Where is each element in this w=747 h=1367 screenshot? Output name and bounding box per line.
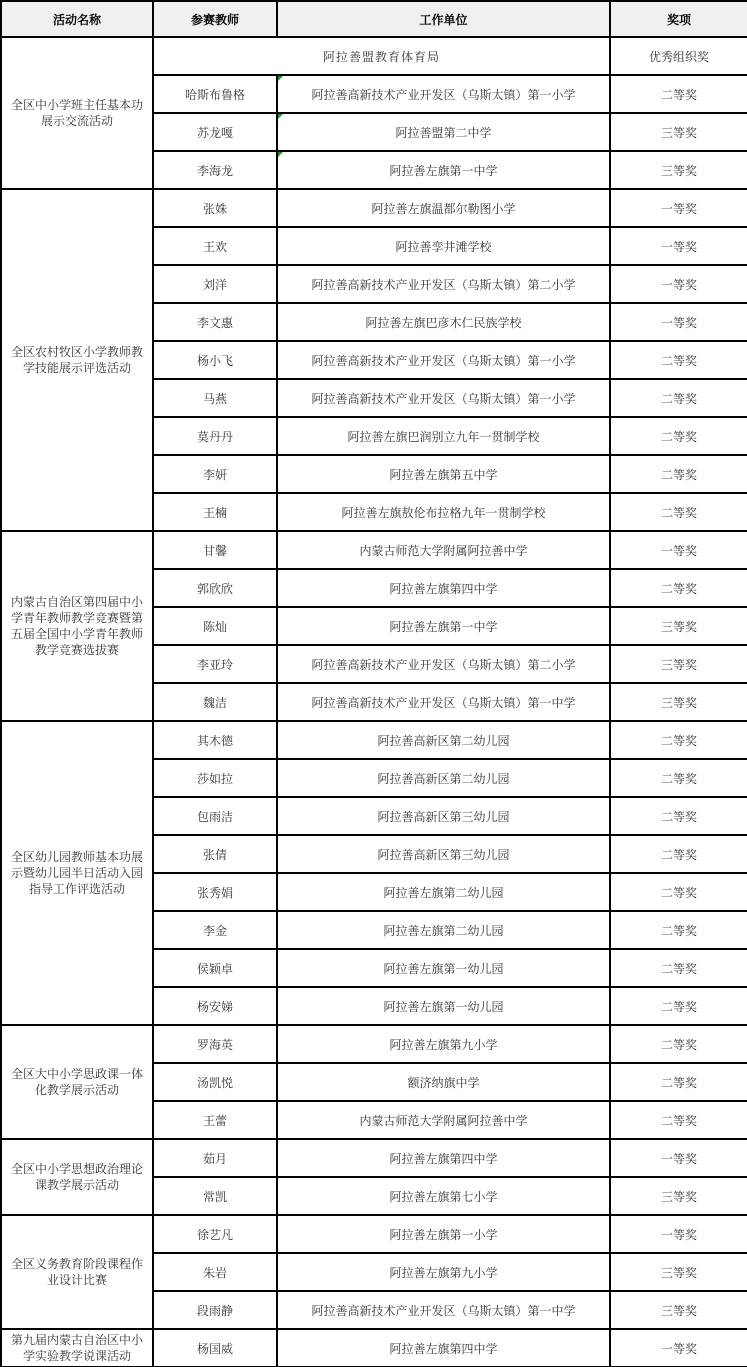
award-cell: 二等奖 (610, 417, 747, 455)
header-row: 活动名称 参赛教师 工作单位 奖项 (1, 1, 747, 37)
award-cell: 二等奖 (610, 455, 747, 493)
unit-text: 阿拉善左旗巴润别立九年一贯制学校 (347, 430, 539, 444)
award-cell: 二等奖 (610, 835, 747, 873)
header-teacher: 参赛教师 (153, 1, 277, 37)
unit-text: 阿拉善高新技术产业开发区（乌斯太镇）第一小学 (311, 392, 575, 406)
header-activity: 活动名称 (1, 1, 153, 37)
unit-cell: 阿拉善左旗巴润别立九年一贯制学校 (277, 417, 610, 455)
org-unit-cell: 阿拉善盟教育体育局 (153, 37, 610, 75)
unit-cell: 阿拉善左旗第一中学 (277, 607, 610, 645)
unit-cell: 阿拉善左旗第九小学 (277, 1253, 610, 1291)
award-cell: 二等奖 (610, 493, 747, 531)
activity-name-cell: 全区大中小学思政课一体化教学展示活动 (1, 1025, 153, 1139)
award-cell: 二等奖 (610, 721, 747, 759)
award-cell: 二等奖 (610, 379, 747, 417)
teacher-cell: 段雨静 (153, 1291, 277, 1329)
unit-text: 阿拉善左旗第四中学 (389, 1152, 497, 1166)
unit-cell: 阿拉善高新区第三幼儿园 (277, 835, 610, 873)
activity-name-cell: 全区义务教育阶段课程作业设计比赛 (1, 1215, 153, 1329)
table-row: 全区中小学班主任基本功展示交流活动阿拉善盟教育体育局优秀组织奖 (1, 37, 747, 75)
teacher-cell: 李文惠 (153, 303, 277, 341)
unit-text: 内蒙古师范大学附属阿拉善中学 (359, 544, 527, 558)
teacher-cell: 包雨洁 (153, 797, 277, 835)
comment-marker-icon (278, 76, 283, 81)
teacher-cell: 杨小飞 (153, 341, 277, 379)
activity-name-cell: 全区中小学思想政治理论课教学展示活动 (1, 1139, 153, 1215)
table-row: 全区幼儿园教师基本功展示暨幼儿园半日活动入园指导工作评选活动其木德阿拉善高新区第… (1, 721, 747, 759)
award-table: 活动名称 参赛教师 工作单位 奖项 全区中小学班主任基本功展示交流活动阿拉善盟教… (0, 0, 747, 1367)
award-cell: 三等奖 (610, 645, 747, 683)
award-cell: 一等奖 (610, 1215, 747, 1253)
unit-cell: 阿拉善高新技术产业开发区（乌斯太镇）第一小学 (277, 75, 610, 113)
award-cell: 二等奖 (610, 949, 747, 987)
teacher-cell: 陈灿 (153, 607, 277, 645)
teacher-cell: 郭欣欣 (153, 569, 277, 607)
unit-text: 阿拉善高新区第三幼儿园 (377, 848, 509, 862)
unit-text: 阿拉善高新技术产业开发区（乌斯太镇）第一中学 (311, 696, 575, 710)
unit-cell: 阿拉善左旗第四中学 (277, 1139, 610, 1177)
unit-cell: 阿拉善左旗第一中学 (277, 151, 610, 189)
award-cell: 一等奖 (610, 1329, 747, 1367)
award-cell: 二等奖 (610, 797, 747, 835)
award-cell: 三等奖 (610, 1291, 747, 1329)
unit-text: 阿拉善左旗巴彦木仁民族学校 (365, 316, 521, 330)
header-unit: 工作单位 (277, 1, 610, 37)
unit-text: 阿拉善高新区第二幼儿园 (377, 772, 509, 786)
award-cell: 二等奖 (610, 1101, 747, 1139)
unit-text: 阿拉善左旗温都尔勒图小学 (371, 202, 515, 216)
award-cell: 二等奖 (610, 341, 747, 379)
unit-text: 阿拉善左旗敖伦布拉格九年一贯制学校 (341, 506, 545, 520)
award-cell: 优秀组织奖 (610, 37, 747, 75)
teacher-cell: 马燕 (153, 379, 277, 417)
award-cell: 三等奖 (610, 683, 747, 721)
unit-cell: 阿拉善左旗第一幼儿园 (277, 987, 610, 1025)
award-cell: 二等奖 (610, 1025, 747, 1063)
teacher-cell: 侯颖卓 (153, 949, 277, 987)
activity-name-cell: 全区幼儿园教师基本功展示暨幼儿园半日活动入园指导工作评选活动 (1, 721, 153, 1025)
teacher-cell: 李海龙 (153, 151, 277, 189)
award-cell: 二等奖 (610, 873, 747, 911)
activity-name-cell: 全区中小学班主任基本功展示交流活动 (1, 37, 153, 189)
unit-cell: 阿拉善高新区第三幼儿园 (277, 797, 610, 835)
unit-text: 阿拉善左旗第五中学 (389, 468, 497, 482)
unit-text: 阿拉善左旗第四中学 (389, 1342, 497, 1356)
unit-text: 阿拉善左旗第二幼儿园 (383, 886, 503, 900)
teacher-cell: 王楠 (153, 493, 277, 531)
unit-cell: 阿拉善高新技术产业开发区（乌斯太镇）第二小学 (277, 265, 610, 303)
activity-name-cell: 第九届内蒙古自治区中小学实验教学说课活动 (1, 1329, 153, 1367)
teacher-cell: 朱岩 (153, 1253, 277, 1291)
table-row: 全区农村牧区小学教师教学技能展示评选活动张姝阿拉善左旗温都尔勒图小学一等奖 (1, 189, 747, 227)
teacher-cell: 王蕾 (153, 1101, 277, 1139)
teacher-cell: 哈斯布鲁格 (153, 75, 277, 113)
unit-cell: 阿拉善盟第二中学 (277, 113, 610, 151)
teacher-cell: 汤凯悦 (153, 1063, 277, 1101)
activity-name-cell: 内蒙古自治区第四届中小学青年教师教学竞赛暨第五届全国中小学青年教师教学竞赛选拔赛 (1, 531, 153, 721)
teacher-cell: 甘馨 (153, 531, 277, 569)
unit-text: 阿拉善高新技术产业开发区（乌斯太镇）第一小学 (311, 88, 575, 102)
unit-text: 阿拉善高新区第二幼儿园 (377, 734, 509, 748)
table-row: 全区中小学思想政治理论课教学展示活动茹月阿拉善左旗第四中学一等奖 (1, 1139, 747, 1177)
unit-cell: 阿拉善高新技术产业开发区（乌斯太镇）第一中学 (277, 683, 610, 721)
unit-text: 阿拉善左旗第二幼儿园 (383, 924, 503, 938)
activity-name-cell: 全区农村牧区小学教师教学技能展示评选活动 (1, 189, 153, 531)
unit-text: 阿拉善左旗第四中学 (389, 582, 497, 596)
award-cell: 二等奖 (610, 759, 747, 797)
unit-text: 阿拉善左旗第九小学 (389, 1266, 497, 1280)
unit-cell: 内蒙古师范大学附属阿拉善中学 (277, 1101, 610, 1139)
unit-text: 阿拉善左旗第一小学 (389, 1228, 497, 1242)
teacher-cell: 魏洁 (153, 683, 277, 721)
unit-cell: 阿拉善左旗敖伦布拉格九年一贯制学校 (277, 493, 610, 531)
unit-cell: 阿拉善高新区第二幼儿园 (277, 721, 610, 759)
unit-cell: 阿拉善左旗第四中学 (277, 1329, 610, 1367)
teacher-cell: 茹月 (153, 1139, 277, 1177)
unit-cell: 阿拉善左旗第二幼儿园 (277, 873, 610, 911)
unit-text: 内蒙古师范大学附属阿拉善中学 (359, 1114, 527, 1128)
award-cell: 一等奖 (610, 1139, 747, 1177)
award-cell: 二等奖 (610, 911, 747, 949)
header-award: 奖项 (610, 1, 747, 37)
unit-text: 阿拉善高新技术产业开发区（乌斯太镇）第一小学 (311, 354, 575, 368)
unit-cell: 额济纳旗中学 (277, 1063, 610, 1101)
teacher-cell: 李妍 (153, 455, 277, 493)
teacher-cell: 莎如拉 (153, 759, 277, 797)
unit-text: 阿拉善孪井滩学校 (395, 240, 491, 254)
unit-cell: 阿拉善高新区第二幼儿园 (277, 759, 610, 797)
teacher-cell: 张秀娟 (153, 873, 277, 911)
unit-cell: 内蒙古师范大学附属阿拉善中学 (277, 531, 610, 569)
unit-cell: 阿拉善高新技术产业开发区（乌斯太镇）第二小学 (277, 645, 610, 683)
award-cell: 二等奖 (610, 987, 747, 1025)
unit-text: 阿拉善盟第二中学 (395, 126, 491, 140)
teacher-cell: 徐艺凡 (153, 1215, 277, 1253)
award-cell: 二等奖 (610, 1063, 747, 1101)
unit-cell: 阿拉善左旗第一小学 (277, 1215, 610, 1253)
award-cell: 三等奖 (610, 1253, 747, 1291)
unit-cell: 阿拉善孪井滩学校 (277, 227, 610, 265)
unit-text: 阿拉善高新技术产业开发区（乌斯太镇）第二小学 (311, 658, 575, 672)
unit-cell: 阿拉善左旗第四中学 (277, 569, 610, 607)
table-row: 内蒙古自治区第四届中小学青年教师教学竞赛暨第五届全国中小学青年教师教学竞赛选拔赛… (1, 531, 747, 569)
teacher-cell: 李亚玲 (153, 645, 277, 683)
table-body: 全区中小学班主任基本功展示交流活动阿拉善盟教育体育局优秀组织奖哈斯布鲁格阿拉善高… (1, 37, 747, 1367)
teacher-cell: 李金 (153, 911, 277, 949)
teacher-cell: 杨安娣 (153, 987, 277, 1025)
unit-text: 额济纳旗中学 (407, 1076, 479, 1090)
unit-cell: 阿拉善左旗第五中学 (277, 455, 610, 493)
teacher-cell: 罗海英 (153, 1025, 277, 1063)
award-cell: 三等奖 (610, 113, 747, 151)
award-cell: 一等奖 (610, 265, 747, 303)
unit-cell: 阿拉善高新技术产业开发区（乌斯太镇）第一中学 (277, 1291, 610, 1329)
award-cell: 一等奖 (610, 189, 747, 227)
unit-cell: 阿拉善左旗巴彦木仁民族学校 (277, 303, 610, 341)
table-row: 第九届内蒙古自治区中小学实验教学说课活动杨国威阿拉善左旗第四中学一等奖 (1, 1329, 747, 1367)
teacher-cell: 其木德 (153, 721, 277, 759)
award-cell: 三等奖 (610, 151, 747, 189)
unit-text: 阿拉善左旗第一中学 (389, 620, 497, 634)
comment-marker-icon (278, 114, 283, 119)
unit-text: 阿拉善高新技术产业开发区（乌斯太镇）第一中学 (311, 1304, 575, 1318)
comment-marker-icon (278, 152, 283, 157)
unit-cell: 阿拉善高新技术产业开发区（乌斯太镇）第一小学 (277, 379, 610, 417)
teacher-cell: 刘洋 (153, 265, 277, 303)
award-cell: 三等奖 (610, 1177, 747, 1215)
award-cell: 三等奖 (610, 607, 747, 645)
teacher-cell: 张姝 (153, 189, 277, 227)
unit-cell: 阿拉善左旗第九小学 (277, 1025, 610, 1063)
award-cell: 二等奖 (610, 75, 747, 113)
teacher-cell: 杨国威 (153, 1329, 277, 1367)
unit-cell: 阿拉善左旗温都尔勒图小学 (277, 189, 610, 227)
unit-cell: 阿拉善左旗第二幼儿园 (277, 911, 610, 949)
teacher-cell: 莫丹丹 (153, 417, 277, 455)
unit-cell: 阿拉善左旗第一幼儿园 (277, 949, 610, 987)
teacher-cell: 张倩 (153, 835, 277, 873)
teacher-cell: 王欢 (153, 227, 277, 265)
award-cell: 一等奖 (610, 531, 747, 569)
table-row: 全区大中小学思政课一体化教学展示活动罗海英阿拉善左旗第九小学二等奖 (1, 1025, 747, 1063)
unit-cell: 阿拉善高新技术产业开发区（乌斯太镇）第一小学 (277, 341, 610, 379)
unit-text: 阿拉善左旗第一中学 (389, 164, 497, 178)
award-cell: 一等奖 (610, 303, 747, 341)
unit-text: 阿拉善高新区第三幼儿园 (377, 810, 509, 824)
unit-text: 阿拉善高新技术产业开发区（乌斯太镇）第二小学 (311, 278, 575, 292)
table-row: 全区义务教育阶段课程作业设计比赛徐艺凡阿拉善左旗第一小学一等奖 (1, 1215, 747, 1253)
award-cell: 二等奖 (610, 569, 747, 607)
unit-text: 阿拉善左旗第七小学 (389, 1190, 497, 1204)
unit-text: 阿拉善左旗第一幼儿园 (383, 962, 503, 976)
unit-text: 阿拉善左旗第九小学 (389, 1038, 497, 1052)
unit-cell: 阿拉善左旗第七小学 (277, 1177, 610, 1215)
teacher-cell: 苏龙嘎 (153, 113, 277, 151)
unit-text: 阿拉善左旗第一幼儿园 (383, 1000, 503, 1014)
award-cell: 一等奖 (610, 227, 747, 265)
teacher-cell: 常凯 (153, 1177, 277, 1215)
